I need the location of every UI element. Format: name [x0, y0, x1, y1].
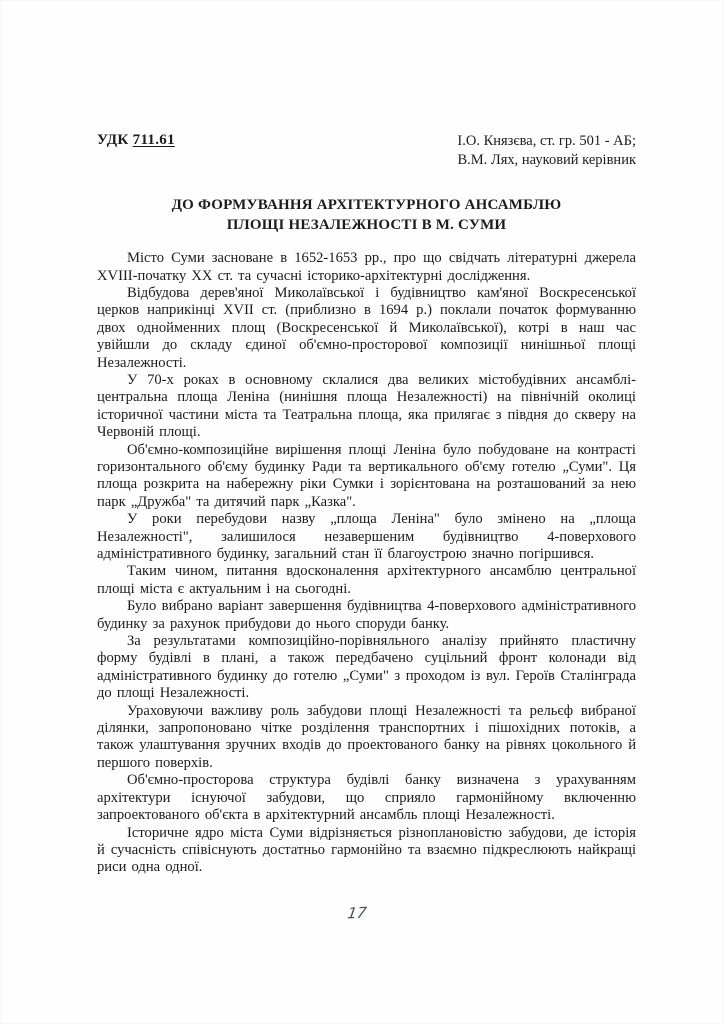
- paragraph: За результатами композиційно-порівняльно…: [97, 633, 636, 703]
- author-line-supervisor: В.М. Лях, науковий керівник: [457, 151, 636, 170]
- paper-title: ДО ФОРМУВАННЯ АРХІТЕКТУРНОГО АНСАМБЛЮ ПЛ…: [97, 196, 636, 235]
- paragraph: Ураховуючи важливу роль забудови площі Н…: [97, 703, 636, 773]
- paragraph: Об'ємно-композиційне вирішення площі Лен…: [97, 442, 636, 512]
- handwritten-page-number: 17: [0, 892, 717, 935]
- udc-number: 711.61: [133, 132, 175, 148]
- udc-label: УДК: [97, 132, 129, 148]
- paragraph: У роки перебудови назву „площа Леніна" б…: [97, 511, 636, 563]
- paper-title-line-1: ДО ФОРМУВАННЯ АРХІТЕКТУРНОГО АНСАМБЛЮ: [172, 197, 562, 213]
- paper-title-line-2: ПЛОЩІ НЕЗАЛЕЖНОСТІ В М. СУМИ: [227, 217, 507, 233]
- paragraph: Місто Суми засноване в 1652-1653 рр., пр…: [97, 250, 636, 285]
- document-page: УДК 711.61 І.О. Князєва, ст. гр. 501 - А…: [0, 0, 724, 1024]
- udc-code: УДК 711.61: [97, 132, 175, 149]
- author-block: І.О. Князєва, ст. гр. 501 - АБ; В.М. Лях…: [457, 132, 636, 169]
- paragraph: Об'ємно-просторова структура будівлі бан…: [97, 772, 636, 824]
- paragraph: У 70-х роках в основному склалися два ве…: [97, 372, 636, 442]
- author-line-student: І.О. Князєва, ст. гр. 501 - АБ;: [457, 132, 636, 151]
- paragraph: Історичне ядро міста Суми відрізняється …: [97, 825, 636, 877]
- paragraph: Відбудова дерев'яної Миколаївської і буд…: [97, 285, 636, 372]
- paragraph: Було вибрано варіант завершення будівниц…: [97, 598, 636, 633]
- document-header: УДК 711.61 І.О. Князєва, ст. гр. 501 - А…: [97, 0, 636, 169]
- paragraph: Таким чином, питання вдосконалення архіт…: [97, 563, 636, 598]
- article-body: Місто Суми засноване в 1652-1653 рр., пр…: [97, 250, 636, 877]
